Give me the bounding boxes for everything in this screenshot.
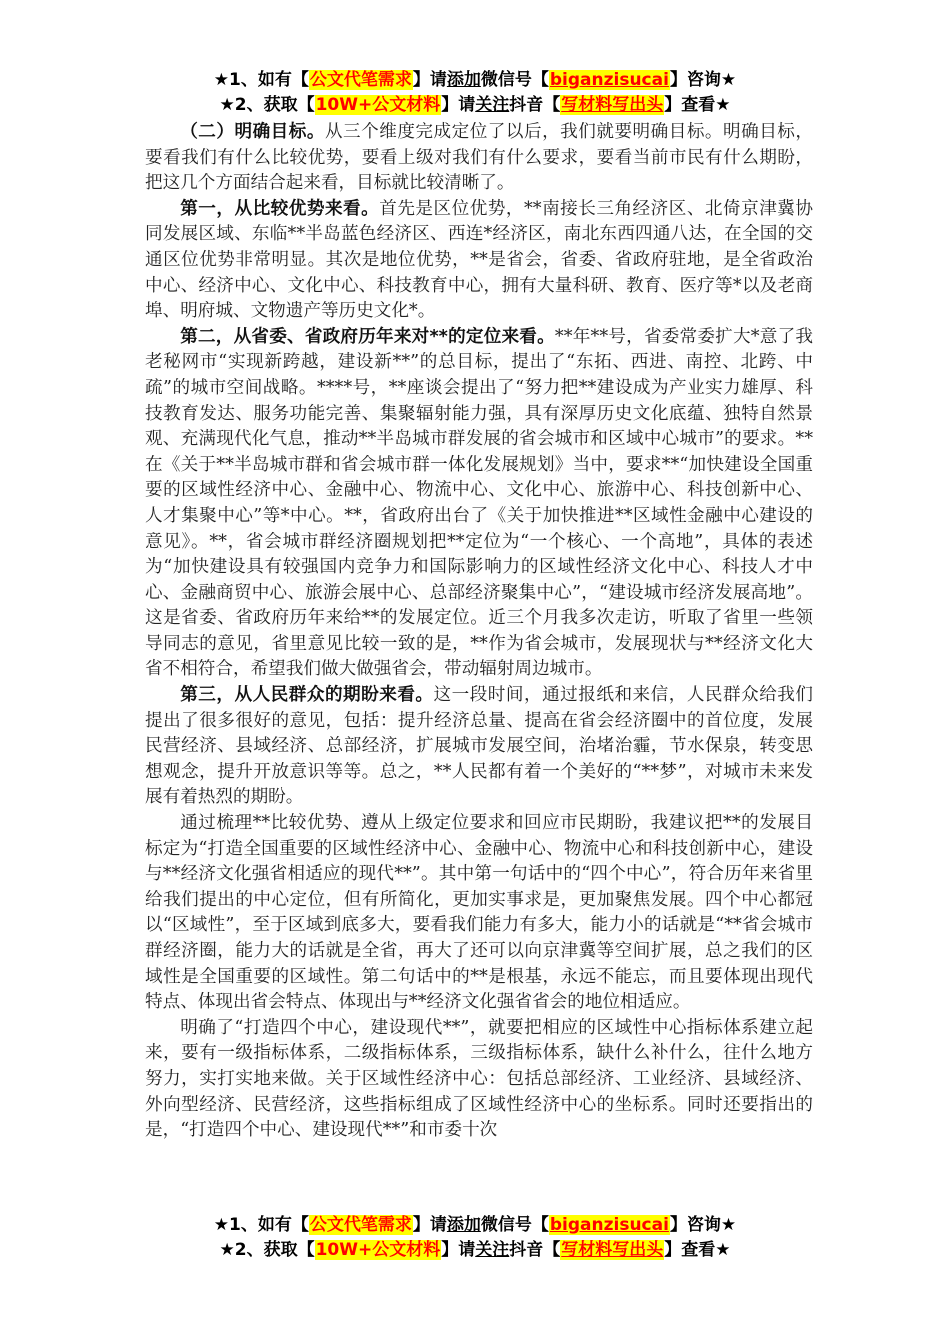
paragraph-heading: 第三，从人民群众的期盼来看。 xyxy=(180,685,433,705)
banner-text: 】咨询★ xyxy=(670,70,736,90)
highlight-wechat-id[interactable]: biganzisucai xyxy=(549,1215,670,1235)
paragraph-heading: 第二，从省委、省政府历年来对**的定位来看。 xyxy=(180,327,555,347)
banner-text: 抖音【 xyxy=(509,1240,560,1260)
highlight-douyin-account[interactable]: 写材料写出头 xyxy=(560,95,664,115)
banner-text: 】查看★ xyxy=(664,95,730,115)
banner-text: 】请 xyxy=(441,95,475,115)
banner-text: ★1、如有【 xyxy=(214,70,309,90)
banner-text: 微信号【 xyxy=(481,70,549,90)
paragraph-heading: （二）明确目标。 xyxy=(180,122,325,142)
highlight-service: 公文代笔需求 xyxy=(309,70,413,90)
banner-text: ★2、获取【 xyxy=(220,1240,315,1260)
banner-text: ★2、获取【 xyxy=(220,95,315,115)
footer-banner: ★1、如有【公文代笔需求】请添加微信号【biganzisucai】咨询★ ★2、… xyxy=(0,1213,950,1263)
underlined-action: 关注 xyxy=(475,95,509,115)
banner-line-2: ★2、获取【10W+公文材料】请关注抖音【写材料写出头】查看★ xyxy=(0,93,950,118)
highlight-wechat-id[interactable]: biganzisucai xyxy=(549,70,670,90)
paragraph: 通过梳理**比较优势、遵从上级定位要求和回应市民期盼，我建议把**的发展目标定为… xyxy=(145,811,813,1016)
highlight-materials: 10W+公文材料 xyxy=(315,95,442,115)
paragraph: 第二，从省委、省政府历年来对**的定位来看。**年**号，省委常委扩大*意了我老… xyxy=(145,325,813,683)
document-page: ★1、如有【公文代笔需求】请添加微信号【biganzisucai】咨询★ ★2、… xyxy=(0,0,950,1344)
highlight-douyin-account[interactable]: 写材料写出头 xyxy=(560,1240,664,1260)
banner-text: 抖音【 xyxy=(509,95,560,115)
paragraph: 第三，从人民群众的期盼来看。这一段时间，通过报纸和来信，人民群众给我们提出了很多… xyxy=(145,683,813,811)
banner-text: 】咨询★ xyxy=(670,1215,736,1235)
paragraph-heading: 第一，从比较优势来看。 xyxy=(180,199,379,219)
document-body: （二）明确目标。从三个维度完成定位了以后，我们就要明确目标。明确目标，要看我们有… xyxy=(145,120,813,1144)
banner-text: 】请 xyxy=(441,1240,475,1260)
paragraph-text: **年**号，省委常委扩大*意了我老秘网市“实现新跨越，建设新**”的总目标，提… xyxy=(145,327,813,680)
banner-line-2: ★2、获取【10W+公文材料】请关注抖音【写材料写出头】查看★ xyxy=(0,1238,950,1263)
header-banner: ★1、如有【公文代笔需求】请添加微信号【biganzisucai】咨询★ ★2、… xyxy=(0,68,950,118)
banner-text: 微信号【 xyxy=(481,1215,549,1235)
banner-line-1: ★1、如有【公文代笔需求】请添加微信号【biganzisucai】咨询★ xyxy=(0,68,950,93)
paragraph-text: 通过梳理**比较优势、遵从上级定位要求和回应市民期盼，我建议把**的发展目标定为… xyxy=(145,813,813,1012)
banner-text: 】请 xyxy=(413,1215,447,1235)
banner-line-1: ★1、如有【公文代笔需求】请添加微信号【biganzisucai】咨询★ xyxy=(0,1213,950,1238)
underlined-action: 添加 xyxy=(447,1215,481,1235)
banner-text: 】查看★ xyxy=(664,1240,730,1260)
highlight-service: 公文代笔需求 xyxy=(309,1215,413,1235)
paragraph: （二）明确目标。从三个维度完成定位了以后，我们就要明确目标。明确目标，要看我们有… xyxy=(145,120,813,197)
underlined-action: 添加 xyxy=(447,70,481,90)
banner-text: ★1、如有【 xyxy=(214,1215,309,1235)
paragraph-text: 明确了“打造四个中心，建设现代**”，就要把相应的区域性中心指标体系建立起来，要… xyxy=(145,1018,813,1140)
highlight-materials: 10W+公文材料 xyxy=(315,1240,442,1260)
underlined-action: 关注 xyxy=(475,1240,509,1260)
paragraph: 第一，从比较优势来看。首先是区位优势，**南接长三角经济区、北倚京津冀协同发展区… xyxy=(145,197,813,325)
banner-text: 】请 xyxy=(413,70,447,90)
paragraph: 明确了“打造四个中心，建设现代**”，就要把相应的区域性中心指标体系建立起来，要… xyxy=(145,1016,813,1144)
